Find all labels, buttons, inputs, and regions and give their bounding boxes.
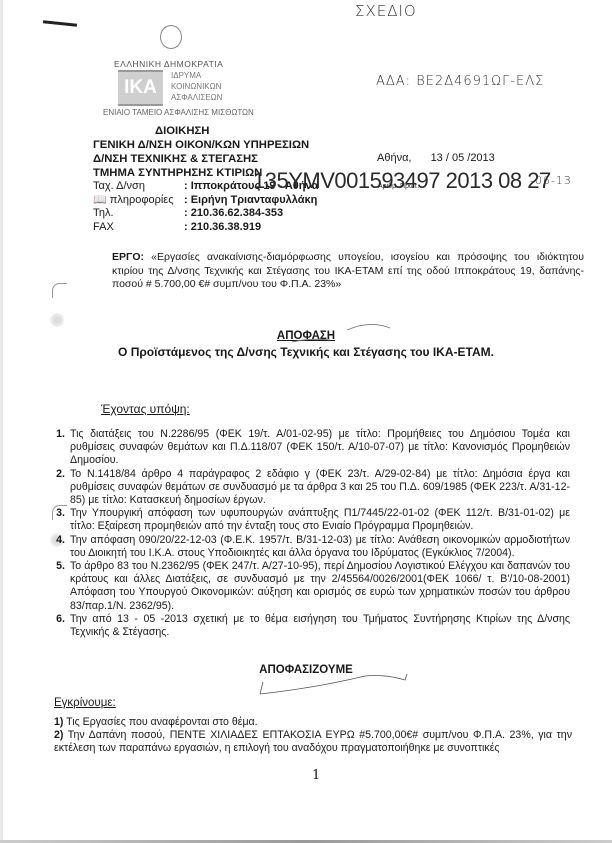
contact-info: 📖 πληροφορίες : Ειρήνη Τριανταφυλλάκη [93,194,318,208]
punch-hole-mark [50,313,64,327]
logo-line: ΚΟΙΝΩΝΙΚΩΝ [171,81,222,92]
logo-line: ΑΣΦΑΛΙΣΕΩΝ [171,92,222,103]
list-item: 6.Την από 13 - 05 -2013 σχετική με το θέ… [40,613,570,639]
greek-emblem-icon [160,25,182,49]
project-text: «Εργασίες ανακαίνισης-διαμόρφωσης υπογεί… [112,251,584,290]
logo-republic-text: ΕΛΛΗΝΙΚΗ ΔΗΜΟΚΡΑΤΙΑ [114,59,223,69]
page-number: 1 [312,768,320,783]
considering-title: Έχοντας υπόψη: [101,402,190,416]
logo-institute-text: ΙΔΡΥΜΑ ΚΟΙΝΩΝΙΚΩΝ ΑΣΦΑΛΙΣΕΩΝ [171,70,222,103]
signature-squiggle [290,326,340,346]
punch-hole-mark [52,283,67,298]
contact-phone: Τηλ. : 210.36.62.384-353 [93,207,318,221]
signature-squiggle [345,318,395,338]
department-line: ΓΕΝΙΚΗ Δ/ΝΣΗ ΟΙΚΟΝ/ΚΩΝ ΥΠΗΡΕΣΙΩΝ [93,138,309,152]
decision-issuer: Ο Προϊστάμενος της Δ/νσης Τεχνικής και Σ… [0,345,612,359]
handwritten-stamp-suffix: -06-13 [530,174,572,187]
contact-fax: FAX : 210.36.38.919 [93,221,318,235]
resolution-list: 1) Τις Εργασίες που αναφέρονται στο θέμα… [54,716,572,756]
list-item: 4.Την απόφαση 090/20/22-12-03 (Φ.Ε.Κ. 19… [40,534,570,560]
scan-edge [0,0,3,843]
department-line: ΔΙΟΙΚΗΣΗ [93,124,309,138]
ika-logo: ΙΚΑ [118,70,163,106]
signature-squiggle [255,668,415,698]
department-line: Δ/ΝΣΗ ΤΕΧΝΙΚΗΣ & ΣΤΕΓΑΣΗΣ [93,152,309,166]
list-item: 3.Την Υπουργική απόφαση των υφυπουργών α… [40,507,570,533]
list-item: 1) Τις Εργασίες που αναφέρονται στο θέμα… [54,716,572,729]
project-label: ΕΡΓΟ: [112,251,144,263]
list-item: 2.Το Ν.1418/84 άρθρο 4 παράγραφος 2 εδάφ… [40,468,570,508]
approve-label: Εγκρίνουμε: [54,697,116,709]
book-icon: 📖 [93,194,107,206]
document-date: Αθήνα, 13 / 05 /2013 [377,152,511,164]
logo-fund-text: ΕΝΙΑΙΟ ΤΑΜΕΙΟ ΑΣΦΑΛΙΣΗΣ ΜΙΣΘΩΤΩΝ [103,108,254,117]
logo-line: ΙΔΡΥΜΑ [171,70,222,81]
handwritten-draft-label: ΣΧΕΔΙΟ [355,2,417,20]
pen-mark [43,20,77,27]
project-description: ΕΡΓΟ: «Εργασίες ανακαίνισης-διαμόρφωσης … [112,251,584,292]
list-item: 1.Τις διατάξεις του Ν.2286/95 (ΦΕΚ 19/τ.… [40,428,570,468]
handwritten-ada-code: ΑΔΑ: ΒΕ2Δ4691ΩΓ-ΕΛΣ [376,74,544,89]
list-item: 5.Το άρθρο 83 του Ν.2362/95 (ΦΕΚ 247/τ. … [40,560,570,613]
list-item: 2) Την Δαπάνη ποσού, ΠΕΝΤΕ ΧΙΛΙΑΔΕΣ ΕΠΤΑ… [54,729,572,755]
registry-stamp: 135ΥMV001593497 2013 08 27 [253,168,551,194]
considering-list: 1.Τις διατάξεις του Ν.2286/95 (ΦΕΚ 19/τ.… [40,428,570,639]
